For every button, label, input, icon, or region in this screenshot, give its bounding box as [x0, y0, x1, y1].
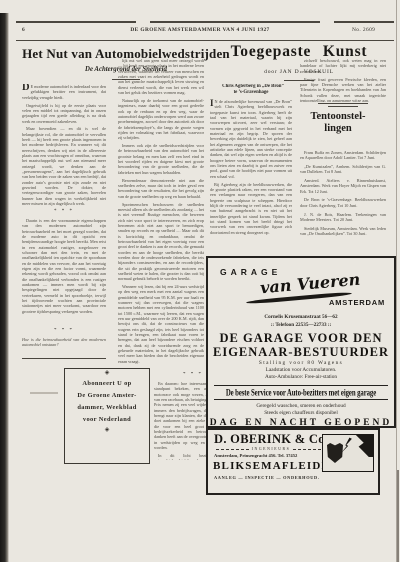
left-article-column-1-closing: * * * Hoe is die betrouwbaarheid van den…	[22, 328, 106, 354]
exhibitions-rule-top2	[328, 106, 358, 107]
issue-number: No. 2609	[352, 27, 375, 33]
paragraph: Maar bovendien — en dit is wel de belang…	[22, 126, 106, 206]
scan-edge-right-dark	[397, 470, 399, 562]
subscription-box: ◈ Abonneert U op De Groene Amster- damme…	[64, 368, 150, 464]
dropcap: D	[22, 84, 30, 92]
paragraph: Amsterd. Ateliers v. Binnenhuiskunst, Am…	[300, 178, 386, 194]
paragraph: IN de afzonderlijke bovenzaal van „De Br…	[210, 99, 292, 179]
left-article-column-1: DE moderne automobiel is inderdaad voor …	[22, 84, 106, 328]
ornament-top: ◈	[65, 369, 149, 378]
paragraph: „De Kunstzalen”, Arnhem. Schilderijen va…	[300, 164, 386, 175]
oberink-services: AANLEG — INSPECTIE — ONDERHOUD.	[214, 475, 320, 480]
paragraph: Sportmenschen beschouwen de snelheden me…	[118, 202, 204, 282]
ornament-bottom: ◈	[65, 426, 149, 435]
crest-icon	[327, 443, 343, 463]
garage-ad-headline: DE GARAGE VOOR DEN EIGENAAR-BESTUURDER	[208, 332, 394, 360]
masthead: DE GROENE AMSTERDAMMER VAN 4 JUNI 1927	[16, 27, 384, 33]
paragraph: Wanneer wij lezen, dat bij een 24-uurs w…	[118, 284, 204, 364]
garage-ad-footer: DAG EN NACHT GEOPEND	[208, 418, 394, 428]
paragraph: Bij Agterberg zijn de beeldhouwwerken, d…	[210, 182, 292, 235]
header-rule-left	[16, 21, 136, 23]
paragraph: zichzelf beschouwd, ook weten mag in een…	[300, 58, 386, 74]
header-rule-right	[334, 21, 394, 23]
banner-rule-bottom	[214, 399, 388, 400]
garage-ad-banner: De beste Service voor Auto-bezitters met…	[208, 388, 394, 398]
garage-ad-word: GARAGE	[220, 267, 281, 277]
garage-ad-services: Stalling voor 80 Wagens Laadstation voor…	[208, 360, 394, 381]
scan-smudge-left	[30, 392, 58, 394]
garage-ad-extra: Geregeld wasschen, smeren en onderhoud S…	[208, 403, 394, 417]
paragraph: Eenige fraai geweven Perzische kleeden, …	[300, 77, 386, 102]
header-rule-bottom	[16, 40, 394, 41]
right-article-column-4: zichzelf beschouwd, ook weten mag in een…	[300, 58, 386, 102]
paragraph: lijk nut wel aan geen stad meer ontzegd …	[118, 58, 204, 95]
subscribe-line: voor Nederland	[65, 414, 149, 426]
right-article-column-3: Chris Agterberg in „De Bron” te ’s-Grave…	[210, 84, 292, 252]
garage-ad: GARAGE van Vueren AMSTERDAM Cornelis Kru…	[206, 256, 396, 428]
subscribe-line: De Groene Amster-	[65, 390, 149, 402]
section-divider: * * *	[22, 209, 106, 215]
section-divider: * * *	[22, 328, 106, 334]
paragraph: Frans Buffa en Zonen, Amsterdam. Schilde…	[300, 150, 386, 161]
newspaper-page: 6 DE GROENE AMSTERDAMMER VAN 4 JUNI 1927…	[0, 0, 400, 562]
scan-notch	[0, 0, 17, 13]
header-rule-center	[150, 21, 320, 23]
oberink-address: Amsterdam, Prinsengracht 456. Tel. 37452	[214, 453, 297, 458]
oberink-name: D. OBERINK & Co.,	[214, 432, 332, 447]
column-1-end-rule	[22, 358, 106, 359]
paragraph: Natuurlijk op de toekomst van de automob…	[118, 98, 204, 141]
subscribe-line: Abonneert U op	[65, 378, 149, 390]
dropcap: I	[210, 99, 214, 107]
paragraph: Stedelijk Museum, Amsterdam. Werk van le…	[300, 226, 386, 237]
garage-ad-address: Cornelis Krusemanstraat 56—62	[208, 314, 394, 320]
garage-ad-phone: :: Telefoon 22535—22733 ::	[208, 322, 394, 328]
oberink-role-row: INGENIEURS	[216, 447, 326, 451]
banner-rule-top	[214, 385, 388, 386]
subscribe-line: dammer, Weekblad	[65, 402, 149, 414]
exhibitions-heading: Tentoonstel- lingen	[290, 111, 386, 135]
paragraph: Daarin is een der voornaamste eigenschap…	[22, 218, 106, 314]
exhibitions-rule-top	[318, 103, 368, 104]
oberink-ad: D. OBERINK & Co., INGENIEURS Amsterdam, …	[206, 428, 380, 495]
paragraph: De Bron te ’s-Gravenhage. Beeldhouwwerke…	[300, 197, 386, 208]
scan-edge-left	[0, 0, 9, 562]
closing-question: Hoe is die betrouwbaarheid van den moder…	[22, 337, 106, 348]
left-article-column-2: lijk nut wel aan geen stad meer ontzegd …	[118, 58, 204, 368]
paragraph: Immers ook zijn de snelheidswedstrijden …	[118, 143, 204, 175]
paragraph: DE moderne automobiel is inderdaad voor …	[22, 84, 106, 100]
paragraph: Beroemdenaar demonstreerde niet aan die …	[118, 178, 204, 199]
garage-ad-city: AMSTERDAM	[329, 298, 385, 307]
lightning-hand-illustration	[322, 434, 374, 472]
review-heading: Chris Agterberg in „De Bron” te ’s-Grave…	[210, 84, 292, 96]
paragraph: J. N. de Bois, Haarlem. Teekeningen van …	[300, 212, 386, 223]
paragraph: Ongetwijfeld is hij op de eerste plaats …	[22, 103, 106, 124]
